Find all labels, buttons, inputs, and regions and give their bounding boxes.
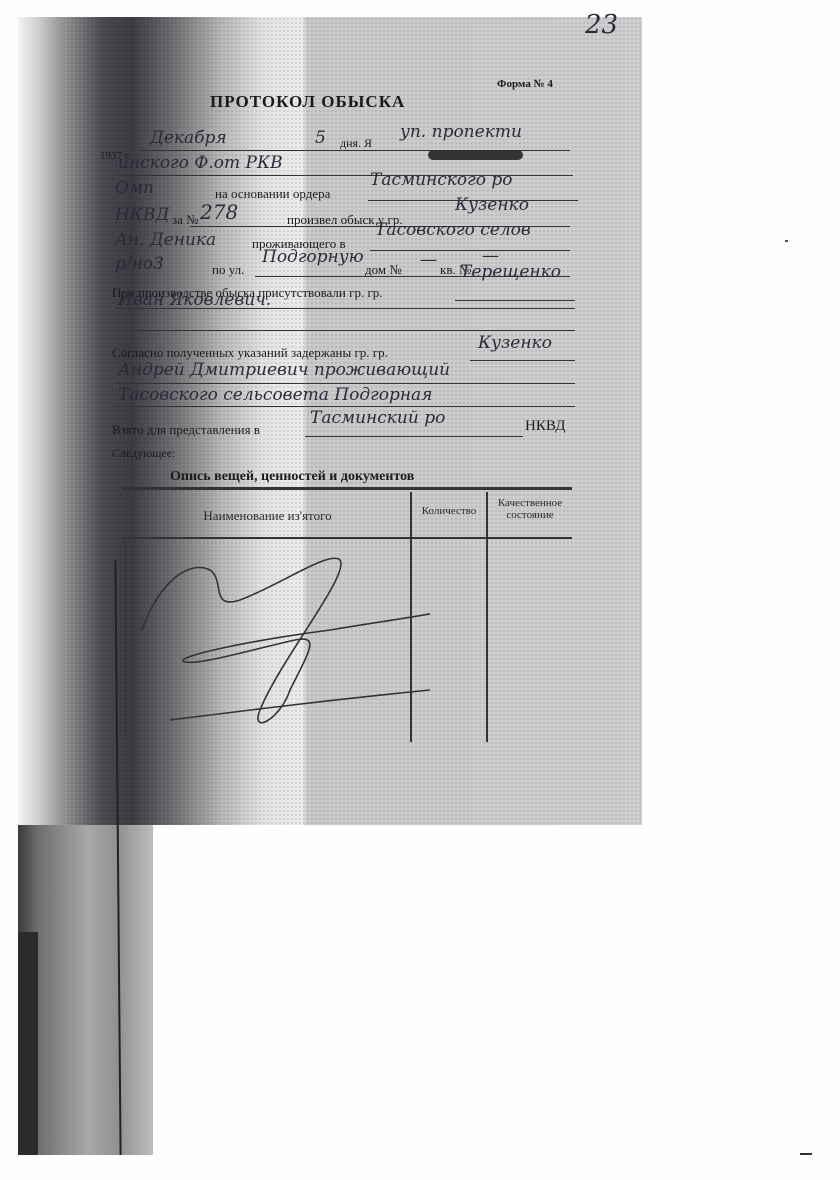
form-label: Форма № 4 — [497, 78, 553, 90]
residence-value-2: р/но3 — [115, 254, 164, 274]
table-left-border — [125, 540, 126, 740]
struck-out-text — [428, 150, 523, 160]
nkvd-label: НКВД — [525, 418, 566, 435]
form-line — [115, 383, 575, 384]
table-header-rule — [122, 537, 572, 539]
present-value-1: Терещенко — [460, 262, 561, 282]
officer-value-2: инского Ф.от РКВ — [118, 153, 283, 173]
taken-value: Тасминский ро — [310, 408, 445, 428]
form-line — [470, 360, 575, 361]
cancellation-mark — [130, 540, 430, 740]
detained-value-3: Тасовского сельсовета Подгорная — [118, 385, 432, 405]
day-label: дня. Я — [340, 136, 372, 151]
house-value: — — [420, 250, 437, 270]
form-line — [115, 330, 575, 331]
detained-value-2: Андрей Дмитриевич проживающий — [118, 360, 450, 380]
taken-label: Взято для представления в — [112, 422, 260, 438]
form-line — [455, 300, 575, 301]
street-value: Подгорную — [262, 247, 364, 267]
officer-value-3: Омп — [115, 178, 154, 198]
detained-value-1: Кузенко — [478, 333, 552, 353]
form-line — [305, 436, 523, 437]
day-value: 5 — [315, 128, 326, 148]
table-top-rule — [122, 487, 572, 490]
column-header-item-name: Наименование из'ятого — [125, 508, 410, 524]
order-no-value: 278 — [200, 200, 238, 224]
order-issuer-value-2: НКВД — [115, 205, 169, 225]
inventory-title: Опись вещей, ценностей и документов — [170, 469, 414, 485]
table-column-divider — [486, 492, 488, 742]
detained-label: Согласно полученных указаний задержаны г… — [112, 345, 388, 361]
month-value: Декабря — [150, 128, 227, 148]
scan-tick — [800, 1153, 812, 1155]
form-line — [115, 406, 575, 407]
street-label: по ул. — [212, 262, 244, 278]
scan-lower-strip — [18, 825, 153, 1155]
following-label: Следующее: — [112, 446, 175, 461]
scan-left-strip — [18, 17, 64, 932]
suspect-value-2: Ан. Деника — [115, 230, 216, 250]
column-header-condition: Качественное состояние — [488, 497, 572, 521]
suspect-value-1: Кузенко — [455, 195, 529, 215]
scan-dot — [785, 240, 788, 242]
officer-value-1: уп. пропекти — [400, 122, 522, 142]
scan-lower-dark-edge — [18, 932, 38, 1155]
page-number-mark: 23 — [585, 10, 618, 40]
form-line — [370, 250, 570, 251]
present-value-2: Иван Яковлевич. — [118, 290, 271, 310]
order-issuer-value: Тасминского ро — [370, 170, 513, 190]
column-header-quantity: Количество — [412, 505, 486, 517]
residence-value: Тасовского селов — [375, 220, 531, 240]
page-title: ПРОТОКОЛ ОБЫСКА — [210, 92, 405, 112]
form-line — [115, 308, 575, 309]
